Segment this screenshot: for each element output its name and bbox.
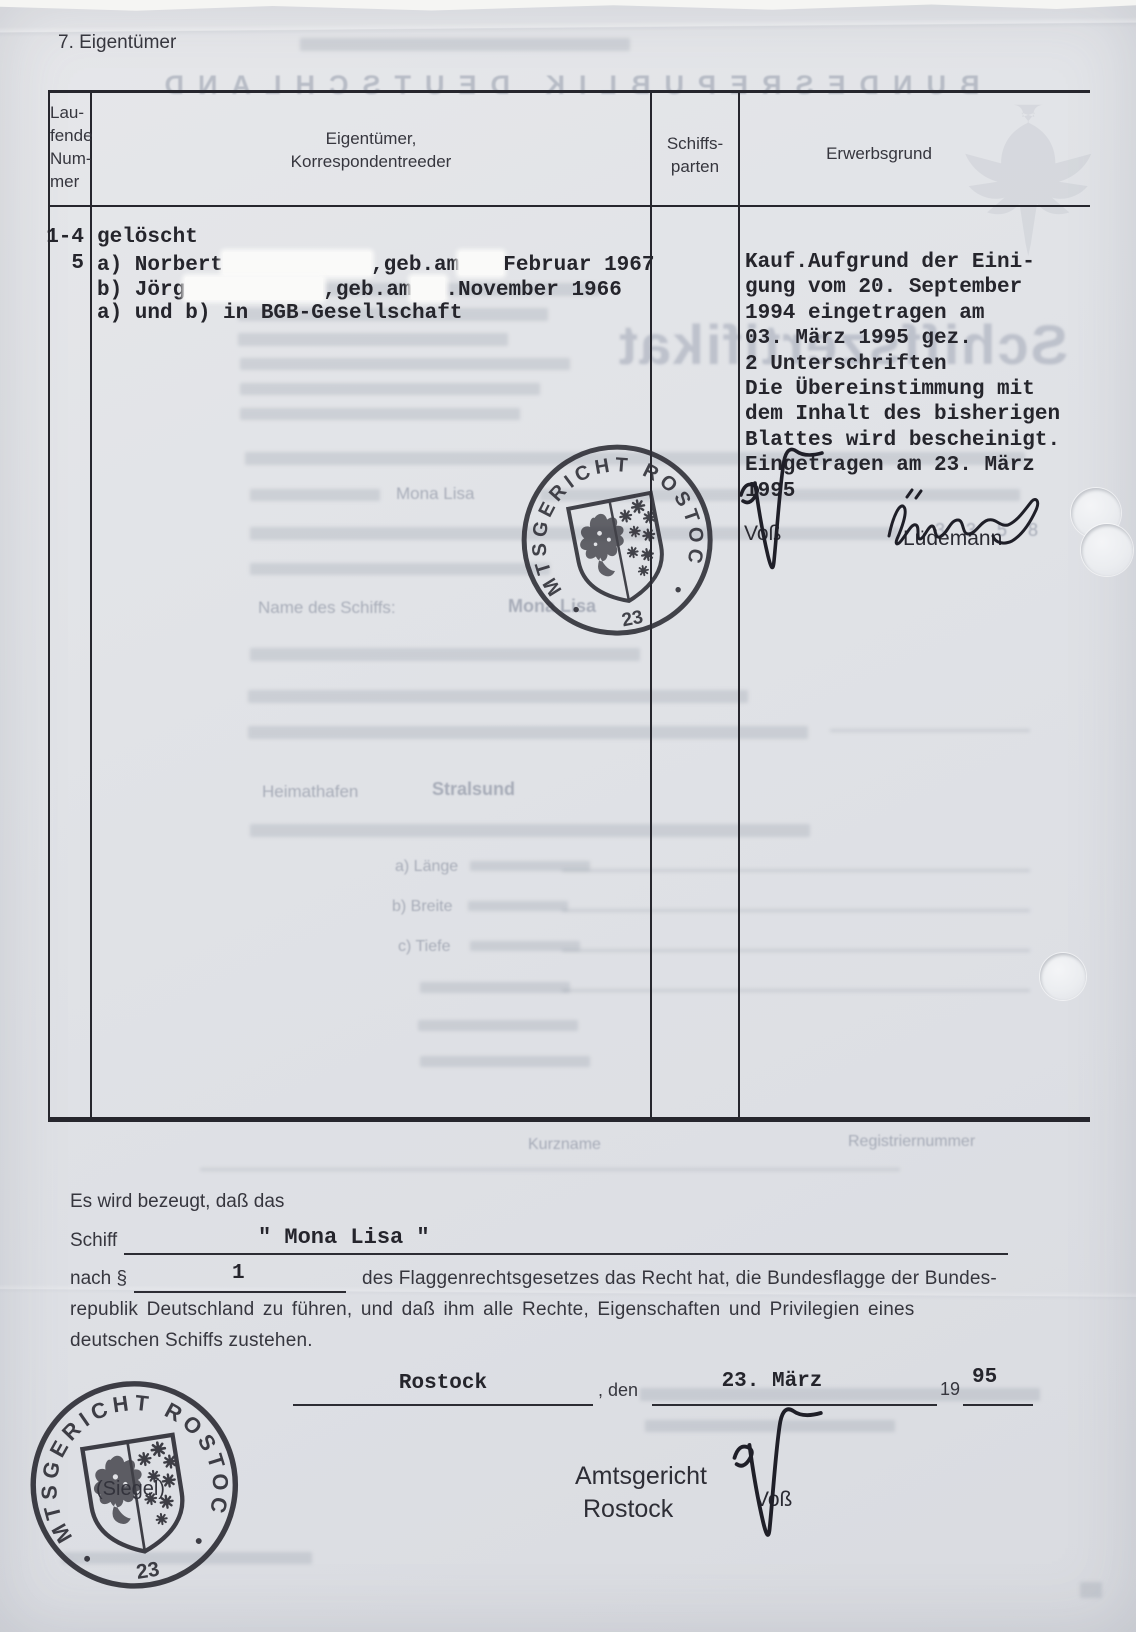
- row-number-deleted: 1-4: [46, 226, 84, 249]
- table-header-separator: [48, 205, 1090, 207]
- header-col3-line1: Schiffs-: [650, 132, 740, 155]
- bleedthrough-smudge: [420, 1056, 590, 1067]
- footer-court-city: Rostock: [583, 1495, 673, 1524]
- bleedthrough-smudge: [1080, 1582, 1102, 1598]
- owner-b-geb-label: ,geb.am: [323, 279, 411, 302]
- bleedthrough-smudge: [562, 989, 1030, 992]
- header-eigentuemer: Eigentümer, Korrespondentreeder: [92, 127, 650, 173]
- stamp-dot-left: •: [571, 599, 582, 622]
- bleedthrough-smudge: [250, 563, 550, 575]
- place-underline: [293, 1404, 593, 1406]
- bleedthrough-name-label: Name des Schiffs:: [258, 598, 396, 618]
- certify-line1-rest: des Flaggenrechtsgesetzes das Recht hat,…: [362, 1268, 997, 1290]
- siegel-label: (Siegel): [96, 1478, 165, 1501]
- header-laufende-nummer: Lau- fende Num- mer: [50, 101, 93, 193]
- court-stamp-upper: AMTSGERICHT ROSTOCK • • 23: [500, 421, 737, 668]
- header-col1-line4: mer: [50, 170, 93, 193]
- bleedthrough-smudge: [562, 869, 1030, 872]
- owner-a-surname-redaction: [223, 252, 371, 275]
- bleedthrough-smudge: [562, 949, 1030, 952]
- header-col1-line2: fende: [50, 124, 93, 147]
- table-border-top: [48, 90, 1090, 93]
- voss-signature-lower: [726, 1402, 824, 1554]
- bleedthrough-smudge: [248, 726, 808, 739]
- luedemann-signature: [883, 486, 1045, 560]
- owner-a-birthday-redaction: [459, 252, 503, 275]
- bleedthrough-heimathafen: Heimathafen: [262, 782, 358, 802]
- den-label: , den: [598, 1380, 638, 1401]
- bleedthrough-smudge: [300, 38, 630, 51]
- owner-a-line: a) Norbert,geb.amFebruar 1967: [97, 252, 654, 277]
- place-value: Rostock: [293, 1372, 593, 1395]
- row-number-current: 5: [46, 252, 84, 275]
- stamp-number-lower: 23: [135, 1558, 161, 1584]
- bleedthrough-republic-banner: BUNDESREPUBLIK DEUTSCHLAND: [60, 70, 1070, 101]
- bleedthrough-smudge: [830, 729, 1030, 732]
- erwerbsgrund-line: 03. März 1995 gez.: [745, 327, 1060, 352]
- footer-court-name: Amtsgericht: [575, 1462, 707, 1491]
- erwerbsgrund-line: gung vom 20. September: [745, 276, 1060, 301]
- owner-b-birthday-redaction: [411, 277, 445, 300]
- year-century-label: 19: [940, 1379, 960, 1400]
- voss-signature-upper: [733, 443, 825, 585]
- owner-joint-line: a) und b) in BGB-Gesellschaft: [97, 302, 462, 325]
- header-col1-line1: Lau-: [50, 101, 93, 124]
- punch-hole-middle: [1040, 953, 1086, 1000]
- ship-name-value: " Mona Lisa ": [258, 1225, 430, 1250]
- certify-intro: Es wird bezeugt, daß das: [70, 1191, 284, 1213]
- ship-name-underline: [124, 1253, 1008, 1255]
- bleedthrough-smudge: [250, 824, 810, 837]
- owner-b-birthdate: .November 1966: [445, 279, 621, 302]
- header-col2-line1: Eigentümer,: [92, 127, 650, 150]
- table-border-bottom: [48, 1117, 1090, 1122]
- stamp-dot-right: •: [673, 579, 684, 602]
- erwerbsgrund-line: dem Inhalt des bisherigen: [745, 403, 1060, 428]
- paragraph-number-value: 1: [232, 1262, 245, 1285]
- erwerbsgrund-line: Die Übereinstimmung mit: [745, 378, 1060, 403]
- owner-a-geb-label: ,geb.am: [371, 254, 459, 277]
- paragraph-underline: [134, 1291, 346, 1293]
- section-label: 7. Eigentümer: [58, 32, 176, 54]
- bleedthrough-tiefe: c) Tiefe: [398, 938, 450, 956]
- bleedthrough-smudge: [240, 408, 520, 420]
- owner-b-line: b) Jörg,geb.am.November 1966: [97, 277, 622, 302]
- stamp-dot-left-lower: •: [81, 1546, 92, 1572]
- stamp-dot-right-lower: •: [193, 1528, 204, 1554]
- bleedthrough-laenge: a) Länge: [395, 858, 458, 876]
- bleedthrough-smudge: [238, 333, 508, 346]
- header-erwerbsgrund: Erwerbsgrund: [740, 144, 1018, 164]
- bleedthrough-kurzname: Kurzname: [528, 1136, 601, 1154]
- bleedthrough-registriernummer: Registriernummer: [848, 1133, 975, 1151]
- year-underline: [963, 1404, 1033, 1406]
- bleedthrough-smudge: [420, 982, 570, 993]
- owner-deleted-entry: gelöscht: [97, 226, 198, 249]
- eagle-watermark-icon: [925, 90, 1100, 270]
- header-col3-line2: parten: [650, 155, 740, 178]
- year-value: 95: [972, 1366, 997, 1389]
- erwerbsgrund-line: Kauf.Aufgrund der Eini-: [745, 251, 1060, 276]
- owner-b-surname-redaction: [185, 277, 323, 300]
- erwerbsgrund-line: 1994 eingetragen am: [745, 302, 1060, 327]
- bleedthrough-smudge: [468, 901, 568, 911]
- table-divider-number: [90, 90, 92, 1120]
- date-value: 23. März: [652, 1370, 892, 1393]
- header-col1-line3: Num-: [50, 147, 93, 170]
- certify-line3: deutschen Schiffs zustehen.: [70, 1330, 313, 1352]
- bleedthrough-stralsund: Stralsund: [432, 779, 515, 800]
- punch-hole-top-b: [1081, 524, 1133, 576]
- erwerbsgrund-line: 2 Unterschriften: [745, 353, 1060, 378]
- bleedthrough-smudge: [248, 690, 748, 703]
- owner-a-birthdate: Februar 1967: [503, 254, 654, 277]
- header-schiffsparten: Schiffs- parten: [650, 132, 740, 178]
- table-divider-parten-right: [738, 90, 740, 1120]
- ship-certificate-page: BUNDESREPUBLIK DEUTSCHLAND Schiffszertif…: [0, 0, 1136, 1632]
- bleedthrough-breite: b) Breite: [392, 898, 452, 916]
- nach-paragraph-label: nach §: [70, 1268, 127, 1290]
- stamp-number: 23: [620, 607, 645, 632]
- bleedthrough-smudge: [418, 1020, 578, 1031]
- bleedthrough-smudge: [240, 358, 570, 370]
- header-col2-line2: Korrespondentreeder: [92, 150, 650, 173]
- bleedthrough-smudge: [562, 909, 1030, 912]
- bleedthrough-smudge: [240, 383, 540, 395]
- bleedthrough-ship-name-2: Mona Lisa: [396, 484, 474, 504]
- certify-line2: republik Deutschland zu führen, und daß …: [70, 1299, 1020, 1321]
- owner-b-name: b) Jörg: [97, 279, 185, 302]
- ship-label: Schiff: [70, 1230, 117, 1252]
- bleedthrough-smudge: [200, 1168, 900, 1171]
- bleedthrough-smudge: [250, 489, 380, 501]
- owner-a-name: a) Norbert: [97, 254, 223, 277]
